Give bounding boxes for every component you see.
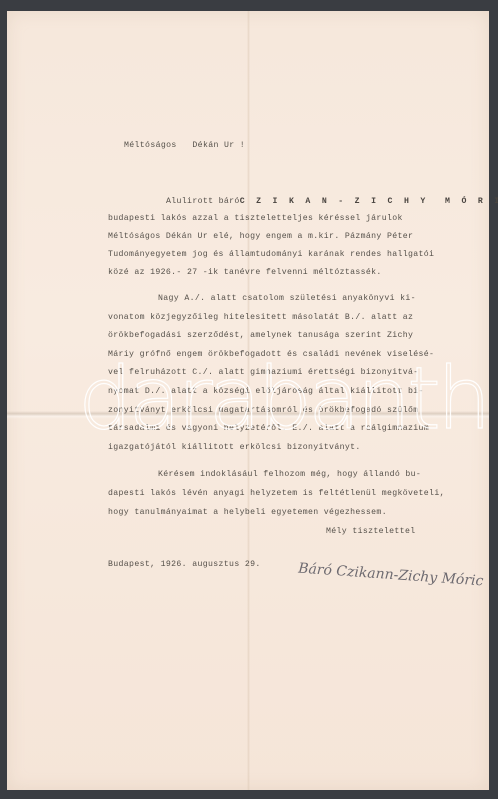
- body-line: vonatom közjegyzőileg hitelesitett másol…: [108, 313, 413, 322]
- body-line: örökbefogadási szerződést, amelynek tanu…: [108, 331, 413, 340]
- body-line: nyomat D./. alatt a községi elöljáróság …: [108, 387, 424, 396]
- body-line: társadalmi és vagyoni helyzetéről. E./. …: [108, 424, 429, 433]
- applicant-name: C Z I K A N - Z I C H Y M Ó R I C: [240, 197, 498, 206]
- body-line: közé az 1926.- 27 -ik tanévre felvenni m…: [108, 268, 382, 277]
- closing: Mély tisztelettel: [326, 527, 415, 536]
- body-line: Nagy A./. alatt csatolom születési anyak…: [158, 294, 416, 303]
- body-line: Máriy grófnő engem örökbefogadott és csa…: [108, 350, 434, 359]
- body-line: hogy tanulmányaimat a helybeli egyetemen…: [108, 508, 387, 517]
- vertical-fold: [247, 11, 250, 790]
- letter-page: [7, 11, 489, 790]
- intro-text: Alulirott báróC Z I K A N - Z I C H Y M …: [166, 197, 498, 206]
- body-line: vel felruházott C./. alatt gimnaziumi ér…: [108, 368, 419, 377]
- intro-label: Alulirott báró: [166, 197, 240, 206]
- body-line: budapesti lakós azzal a tiszteletteljes …: [108, 214, 403, 223]
- body-line: Tudományegyetem jog és államtudományi ka…: [108, 250, 434, 259]
- body-line: dapesti lakós lévén anyagi helyzetem is …: [108, 489, 445, 498]
- salutation: Méltóságos Dékán Ur !: [124, 141, 245, 150]
- body-line: zonyitványt erkölcsi magatartásomról és …: [108, 406, 419, 415]
- body-line: Méltóságos Dékán Ur elé, hogy engem a m.…: [108, 232, 413, 241]
- body-line: Kérésem indoklásául felhozom még, hogy á…: [158, 470, 421, 479]
- body-line: igazgatójától kiállitott erkölcsi bizony…: [108, 443, 361, 452]
- date-line: Budapest, 1926. augusztus 29.: [108, 560, 261, 569]
